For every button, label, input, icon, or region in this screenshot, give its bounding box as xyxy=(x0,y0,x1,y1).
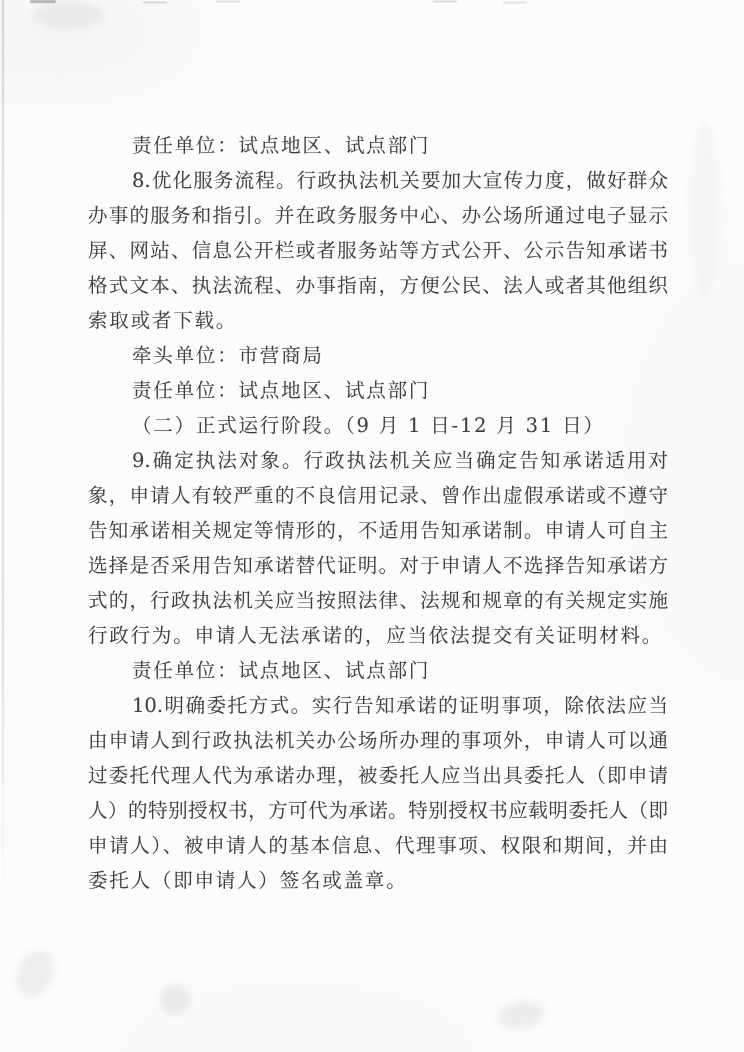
text-line: 行政行为。申请人无法承诺的，应当依法提交有关证明材料。 xyxy=(88,618,668,653)
scan-artifact-smudge xyxy=(496,998,546,1033)
text-line: 式的，行政执法机关应当按照法律、法规和规章的有关规定实施 xyxy=(88,583,668,618)
scan-artifact-smudge xyxy=(34,2,104,28)
text-line: 屏、网站、信息公开栏或者服务站等方式公开、公示告知承诺书 xyxy=(88,233,668,268)
text-line: 过委托代理人代为承诺办理，被委托人应当出具委托人（即申请 xyxy=(88,758,668,793)
scan-artifact-top-edge-specks xyxy=(30,0,56,3)
scan-artifact-smudge xyxy=(10,945,61,1003)
text-line: （二）正式运行阶段。（9 月 1 日-12 月 31 日） xyxy=(88,408,668,443)
text-line: 责任单位：试点地区、试点部门 xyxy=(88,653,668,688)
text-line: 格式文本、执法流程、办事指南，方便公民、法人或者其他组织 xyxy=(88,268,668,303)
document-text-block: 责任单位：试点地区、试点部门8.优化服务流程。行政执法机关要加大宣传力度，做好群… xyxy=(88,128,668,898)
text-line: 人）的特别授权书，方可代为承诺。特别授权书应载明委托人（即 xyxy=(88,793,668,828)
scan-artifact-smudge xyxy=(690,120,720,300)
text-line: 责任单位：试点地区、试点部门 xyxy=(88,128,668,163)
text-line: 象，申请人有较严重的不良信用记录、曾作出虚假承诺或不遵守 xyxy=(88,478,668,513)
text-line: 由申请人到行政执法机关办公场所办理的事项外，申请人可以通 xyxy=(88,723,668,758)
scan-artifact-left-edge-line xyxy=(2,0,4,900)
text-line: 索取或者下载。 xyxy=(88,303,668,338)
text-line: 10.明确委托方式。实行告知承诺的证明事项，除依法应当 xyxy=(88,688,668,723)
text-line: 告知承诺相关规定等情形的，不适用告知承诺制。申请人可自主 xyxy=(88,513,668,548)
text-line: 选择是否采用告知承诺替代证明。对于申请人不选择告知承诺方 xyxy=(88,548,668,583)
text-line: 责任单位：试点地区、试点部门 xyxy=(88,373,668,408)
text-line: 牵头单位：市营商局 xyxy=(88,338,668,373)
text-line: 委托人（即申请人）签名或盖章。 xyxy=(88,863,668,898)
text-line: 8.优化服务流程。行政执法机关要加大宣传力度，做好群众 xyxy=(88,163,668,198)
scan-artifact-smudge xyxy=(160,985,190,1015)
text-line: 申请人）、被申请人的基本信息、代理事项、权限和期间，并由 xyxy=(88,828,668,863)
document-page: 责任单位：试点地区、试点部门8.优化服务流程。行政执法机关要加大宣传力度，做好群… xyxy=(0,0,744,1052)
text-line: 办事的服务和指引。并在政务服务中心、办公场所通过电子显示 xyxy=(88,198,668,233)
text-line: 9.确定执法对象。行政执法机关应当确定告知承诺适用对 xyxy=(88,443,668,478)
